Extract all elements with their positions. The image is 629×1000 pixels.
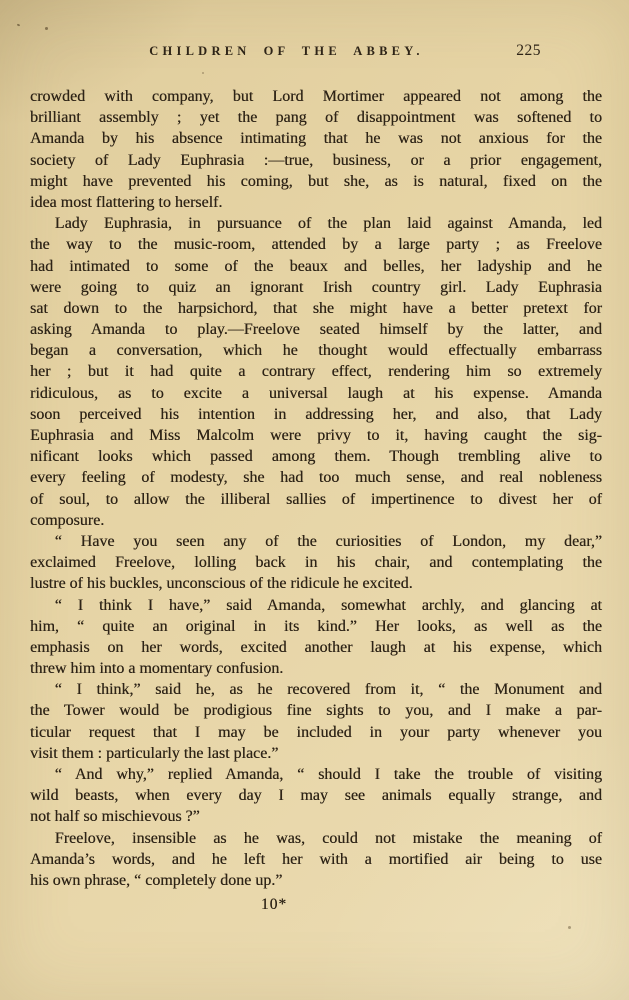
text-line: emphasis on her words, excited another l… bbox=[30, 637, 602, 658]
text-line: not half so mischievous ?” bbox=[30, 806, 602, 827]
text-line: might have prevented his coming, but she… bbox=[30, 171, 602, 192]
text-line: crowded with company, but Lord Mortimer … bbox=[30, 86, 602, 107]
text-line: wild beasts, when every day I may see an… bbox=[30, 785, 602, 806]
text-line: ticular request that I may be included i… bbox=[30, 722, 602, 743]
text-line: Freelove, insensible as he was, could no… bbox=[30, 828, 602, 849]
body-text: crowded with company, but Lord Mortimer … bbox=[30, 86, 602, 915]
text-line: every feeling of modesty, she had too mu… bbox=[30, 467, 602, 488]
text-line: composure. bbox=[30, 510, 602, 531]
text-line: sat down to the harpsichord, that she mi… bbox=[30, 298, 602, 319]
text-line: “ And why,” replied Amanda, “ should I t… bbox=[30, 764, 602, 785]
text-line: “ I think I have,” said Amanda, somewhat… bbox=[30, 595, 602, 616]
paper-speck bbox=[17, 23, 21, 26]
text-line: his own phrase, “ completely done up.” bbox=[30, 870, 602, 891]
text-line: had intimated to some of the beaux and b… bbox=[30, 256, 602, 277]
text-line: nificant looks which passed among them. … bbox=[30, 446, 602, 467]
text-line: began a conversation, which he thought w… bbox=[30, 340, 602, 361]
text-line: lustre of his buckles, unconscious of th… bbox=[30, 573, 602, 594]
paper-speck bbox=[45, 27, 48, 30]
running-title: CHILDREN OF THE ABBEY. bbox=[2, 44, 571, 59]
text-line: exclaimed Freelove, lolling back in his … bbox=[30, 552, 602, 573]
text-line: Lady Euphrasia, in pursuance of the plan… bbox=[30, 213, 602, 234]
text-line: society of Lady Euphrasia :—true, busine… bbox=[30, 150, 602, 171]
text-line: soon perceived his intention in addressi… bbox=[30, 404, 602, 425]
text-line: “ I think,” said he, as he recovered fro… bbox=[30, 679, 602, 700]
text-line: asking Amanda to play.—Freelove seated h… bbox=[30, 319, 602, 340]
text-line: of soul, to allow the illiberal sallies … bbox=[30, 489, 602, 510]
text-line: idea most flattering to herself. bbox=[30, 192, 602, 213]
text-line: visit them : particularly the last place… bbox=[30, 743, 602, 764]
text-line: the Tower would be prodigious fine sight… bbox=[30, 700, 602, 721]
text-line: Euphrasia and Miss Malcolm were privy to… bbox=[30, 425, 602, 446]
page-number: 225 bbox=[516, 42, 541, 60]
text-line: Amanda by his absence intimating that he… bbox=[30, 128, 602, 149]
text-line: brilliant assembly ; yet the pang of dis… bbox=[30, 107, 602, 128]
book-page: CHILDREN OF THE ABBEY. 225 crowded with … bbox=[0, 0, 629, 1000]
running-head: CHILDREN OF THE ABBEY. 225 bbox=[30, 44, 599, 62]
text-line: were going to quiz an ignorant Irish cou… bbox=[30, 277, 602, 298]
signature-mark: 10* bbox=[0, 894, 560, 915]
text-line: her ; but it had quite a contrary effect… bbox=[30, 361, 602, 382]
text-line: threw him into a momentary confusion. bbox=[30, 658, 602, 679]
text-line: the way to the music-room, attended by a… bbox=[30, 234, 602, 255]
text-line: ridiculous, as to excite a universal lau… bbox=[30, 383, 602, 404]
text-line: Amanda’s words, and he left her with a m… bbox=[30, 849, 602, 870]
paper-speck bbox=[202, 72, 204, 74]
text-line: “ Have you seen any of the curiosities o… bbox=[30, 531, 602, 552]
text-line: him, “ quite an original in its kind.” H… bbox=[30, 616, 602, 637]
paper-speck bbox=[568, 926, 571, 929]
